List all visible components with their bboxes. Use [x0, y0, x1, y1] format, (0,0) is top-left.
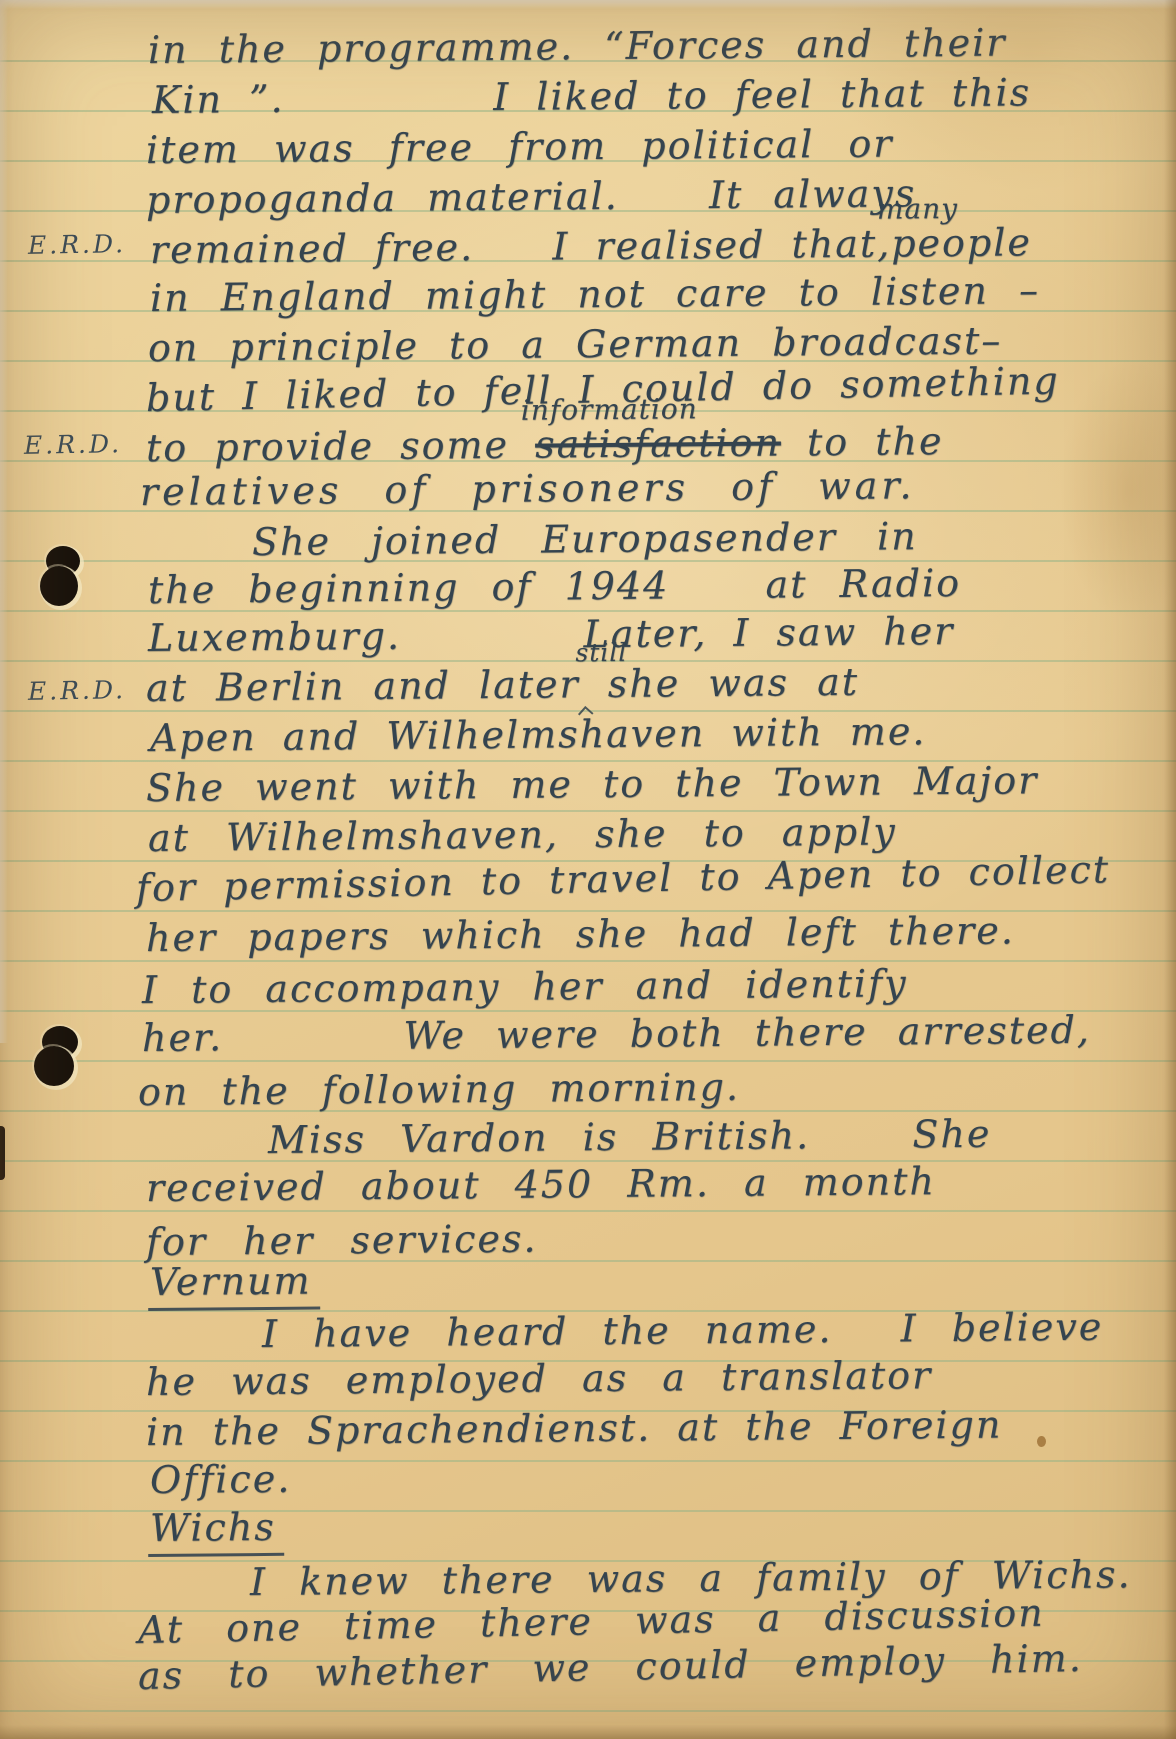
handwriting-line: he was employed as a translator [146, 1351, 933, 1406]
struck-word: satisfaction [535, 420, 781, 466]
section-heading-vernum: Vernum [148, 1257, 320, 1311]
scan-edge-left [0, 0, 8, 1043]
punch-hole [34, 1046, 74, 1086]
handwriting-line-with-insert: at Berlin and laterstill she was at [146, 658, 859, 712]
handwriting-line: in the programme. “Forces and their [148, 19, 1007, 74]
handwriting-line: She went with me to the Town Major [146, 756, 1039, 812]
correction: informationsatisfaction [535, 420, 781, 466]
inserted-word: information [521, 394, 698, 426]
handwriting-line: Office. [150, 1455, 292, 1504]
line-text: to the [781, 419, 944, 464]
handwriting-line-with-insert: remained free. I realised that,manypeopl… [150, 218, 1032, 274]
margin-note: E.R.D. [28, 675, 127, 707]
line-text: to provide some [146, 423, 535, 470]
notebook-page: E.R.D. E.R.D. E.R.D. in the programme. “… [0, 0, 1176, 1739]
handwriting-line: She joined Europasender in [252, 512, 918, 566]
page-edge-mark [0, 1126, 5, 1180]
handwriting-line: relatives of prisoners of war. [140, 461, 916, 516]
punch-hole [40, 566, 78, 606]
margin-note: E.R.D. [24, 429, 123, 461]
handwriting-line: on the following morning. [138, 1063, 740, 1116]
handwriting-line: her. We were both there arrested, [142, 1006, 1091, 1062]
paper-stain [1060, 360, 1176, 620]
scan-edge-top [0, 0, 1176, 9]
line-text: at Berlin and later [146, 662, 580, 710]
margin-note: E.R.D. [28, 229, 127, 261]
handwriting-line: Apen and Wilhelmshaven with me. [150, 707, 927, 762]
handwriting-line: received about 450 Rm. a month [146, 1157, 936, 1212]
line-text: people [891, 220, 1032, 265]
line-text: remained free. I realised that, [150, 222, 892, 272]
handwriting-line: I have heard the name. I believe [262, 1303, 1104, 1358]
handwriting-line: her papers which she had left there. [146, 906, 1015, 962]
handwriting-line: the beginning of 1944 at Radio [148, 559, 961, 614]
section-heading-wichs: Wichs [148, 1503, 284, 1557]
handwriting-line: item was free from political or [146, 119, 894, 174]
scan-edge-right [1164, 0, 1176, 1739]
handwriting-line: Luxemburg. Later, I saw her [148, 607, 955, 662]
handwriting-line: in England might not care to listen – [150, 266, 1040, 322]
paper-fleck [1037, 1436, 1046, 1447]
handwriting-line: Kin ”. I liked to feel that this [152, 68, 1032, 124]
insertion-point: manypeople [891, 220, 1032, 265]
scan-edge-bottom [0, 1725, 1176, 1739]
handwriting-line: in the Sprachendienst. at the Foreign [146, 1401, 1003, 1456]
inserted-word: many [877, 194, 958, 225]
handwriting-line: propoganda material. It always [146, 169, 917, 224]
insertion-point: still she was at [580, 660, 860, 706]
inserted-word: still [575, 638, 627, 668]
handwriting-line: Miss Vardon is British. She [268, 1110, 992, 1164]
handwriting-line: I to accompany her and identify [142, 959, 908, 1014]
